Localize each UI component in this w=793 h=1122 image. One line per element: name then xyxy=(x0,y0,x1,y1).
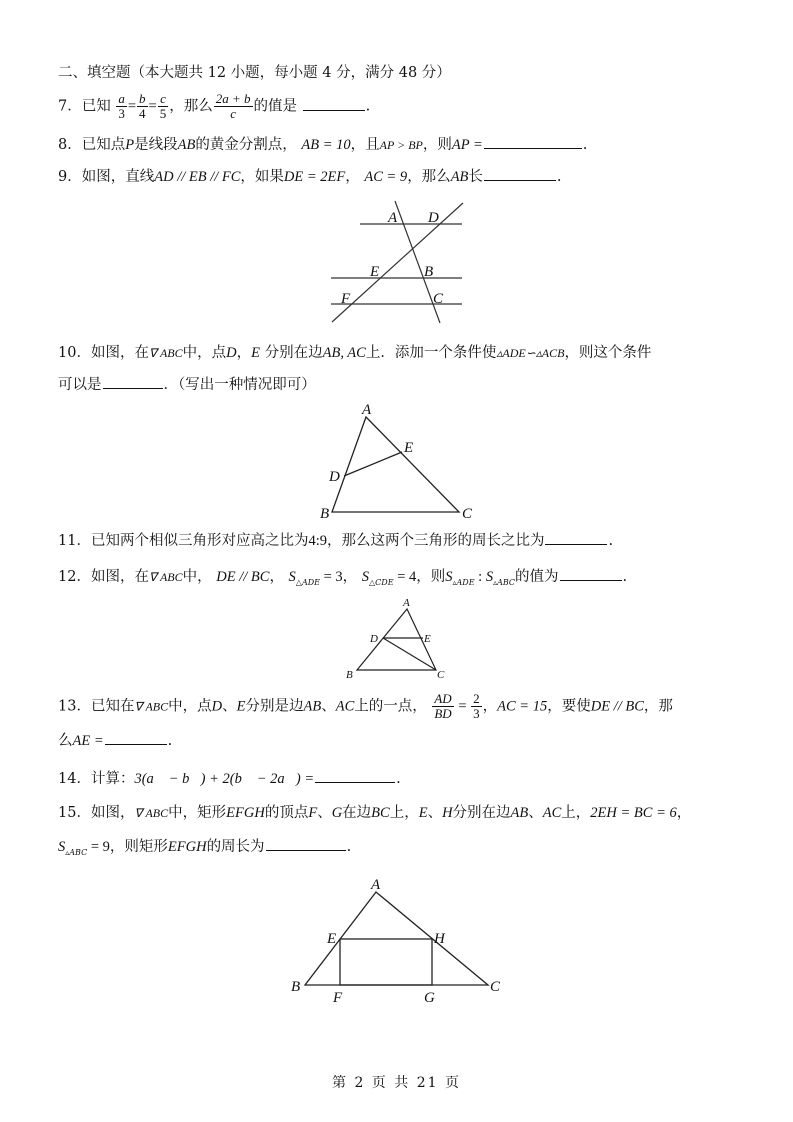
q12-area-symbol: S xyxy=(362,569,369,585)
page-footer: 第 2 页 共 21 页 xyxy=(0,1072,793,1092)
page-number: 第 2 页 共 21 页 xyxy=(332,1075,461,1091)
q15-point: H xyxy=(442,805,452,821)
label-E: E xyxy=(423,633,431,645)
q13-point: D xyxy=(212,699,222,715)
q12-text: ， xyxy=(343,569,358,585)
q15-text: 的顶点 xyxy=(265,805,309,821)
frac-num: a xyxy=(116,92,127,107)
label-C: C xyxy=(490,979,501,995)
q14-expression: 3(a⃗ − b⃗) + 2(b⃗ − 2a⃗) = xyxy=(134,771,314,787)
q15-rect: EFGH xyxy=(168,839,207,855)
q15-triangle-rectangle-figure: A E H B F G C xyxy=(280,870,510,1010)
label-E: E xyxy=(326,931,336,947)
q13-text: 上的一点， xyxy=(354,699,427,715)
q13-text: 、 xyxy=(321,699,336,715)
label-B: B xyxy=(291,979,300,995)
label-C: C xyxy=(437,669,445,680)
q8-cond: AB = 10 xyxy=(301,137,350,153)
q15-text: 、 xyxy=(317,805,332,821)
q10-text: ， xyxy=(237,345,252,361)
q10-answer-blank[interactable] xyxy=(103,374,163,389)
q12-text: ， xyxy=(269,569,284,585)
q14-number: 14． xyxy=(58,771,91,787)
label-G: G xyxy=(424,990,435,1006)
q13-text: 么 xyxy=(58,733,73,749)
q13-text: 、 xyxy=(222,699,237,715)
label-A: A xyxy=(370,877,381,893)
q7-frac-b: b4 xyxy=(137,92,148,121)
q15-text: ， xyxy=(677,805,692,821)
q13-eq: = xyxy=(455,699,470,715)
q15-point: F xyxy=(308,805,317,821)
q15-text: 上， xyxy=(390,805,419,821)
q10-triangle: ∇ ABC xyxy=(149,346,183,360)
q8-number: 8． xyxy=(58,137,82,153)
q13-value-frac: 23 xyxy=(471,692,482,721)
label-E: E xyxy=(369,264,379,280)
q15-side: AC xyxy=(543,805,562,821)
q13-text: 中，点 xyxy=(168,699,212,715)
q15-text: 、 xyxy=(528,805,543,821)
q12-text: 如图，在 xyxy=(91,569,149,585)
q8-ask: AP = xyxy=(452,137,483,153)
q12-area-val: = 3 xyxy=(320,569,343,585)
q15-point: G xyxy=(332,805,342,821)
q8-segment: AB xyxy=(178,137,196,153)
q8-text: 已知点 xyxy=(82,137,126,153)
q9-text: 长 xyxy=(468,169,483,185)
q9-text: ，如果 xyxy=(240,169,284,185)
q15-cond: 2EH = BC = 6 xyxy=(590,805,676,821)
label-C: C xyxy=(433,291,444,307)
q14-text: 计算： xyxy=(91,771,135,787)
label-B: B xyxy=(346,669,353,680)
q12-parallel: DE // BC xyxy=(216,569,269,585)
label-F: F xyxy=(332,990,343,1006)
label-B: B xyxy=(424,264,433,280)
q15-triangle: ∇ ABC xyxy=(134,806,168,820)
q8-point: P xyxy=(125,137,134,153)
q15-side: AB xyxy=(511,805,529,821)
frac-den: 3 xyxy=(116,107,127,121)
q13-text: 分别是边 xyxy=(246,699,304,715)
question-8: 8．已知点P是线段AB的黄金分割点， AB = 10，且AP > BP，则AP … xyxy=(58,134,587,156)
frac-num: b xyxy=(137,92,148,107)
question-9: 9．如图，直线AD // EB // FC，如果DE = 2EF， AC = 9… xyxy=(58,166,562,188)
question-15-line2: S▵ABC = 9，则矩形EFGH的周长为. xyxy=(58,836,351,864)
q15-side: BC xyxy=(371,805,390,821)
q15-text: 、 xyxy=(428,805,443,821)
q7-frac-a: a3 xyxy=(116,92,127,121)
frac-den: c xyxy=(214,107,253,121)
question-10-line2: 可以是．（写出一种情况即可） xyxy=(58,374,316,396)
q11-answer-blank[interactable] xyxy=(545,530,607,545)
label-B: B xyxy=(320,506,329,520)
q12-number: 12． xyxy=(58,569,91,585)
q13-number: 13． xyxy=(58,699,91,715)
q12-triangle-figure: A D E B C xyxy=(335,590,455,680)
q15-text: 中，矩形 xyxy=(168,805,226,821)
q8-text: 的黄金分割点， xyxy=(195,137,297,153)
frac-num: c xyxy=(158,92,169,107)
q8-text: ，则 xyxy=(423,137,452,153)
q9-text: 如图，直线 xyxy=(82,169,155,185)
q13-triangle: ∇ ABC xyxy=(134,700,168,714)
q12-triangle: ∇ ABC xyxy=(149,570,183,584)
q13-text: 已知在 xyxy=(91,699,135,715)
frac-num: 2a + b xyxy=(214,92,253,107)
q12-colon: : xyxy=(475,569,486,585)
q12-text: 的值为 xyxy=(515,569,559,585)
q13-answer-blank[interactable] xyxy=(105,730,167,745)
q9-cond: AC = 9 xyxy=(364,169,407,185)
q15-number: 15． xyxy=(58,805,91,821)
q10-text: 上．添加一个条件使 xyxy=(366,345,497,361)
q13-point: E xyxy=(237,699,246,715)
q12-area-sub: △CDE xyxy=(369,578,394,587)
q12-text: ，则 xyxy=(416,569,445,585)
q10-text: 可以是 xyxy=(58,377,102,393)
q7-prefix: 已知 xyxy=(82,99,111,115)
q12-area-symbol: S xyxy=(289,569,296,585)
q10-text: ．（写出一种情况即可） xyxy=(164,377,316,393)
q7-answer-blank[interactable] xyxy=(303,96,365,111)
q10-text: 中，点 xyxy=(183,345,227,361)
label-H: H xyxy=(433,931,446,947)
question-7: 7．已知 a3=b4=c5，那么2a + bc的值是 . xyxy=(58,92,370,121)
q13-cond: AC = 15 xyxy=(497,699,547,715)
q11-text: 已知两个相似三角形对应高之比为 xyxy=(91,533,309,549)
label-D: D xyxy=(369,633,378,645)
label-C: C xyxy=(462,506,473,520)
q15-text: 分别在边 xyxy=(453,805,511,821)
question-14: 14．计算：3(a⃗ − b⃗) + 2(b⃗ − 2a⃗) =. xyxy=(58,768,401,790)
q13-text: ，那 xyxy=(644,699,673,715)
q12-area-symbol: S xyxy=(486,569,493,585)
q12-area-sub: △ADE xyxy=(296,578,320,587)
q10-text: 分别在边 xyxy=(265,345,323,361)
q9-ask: AB xyxy=(451,169,469,185)
q15-text: ，则矩形 xyxy=(110,839,168,855)
q11-ratio: 4:9 xyxy=(308,533,327,549)
q12-answer-blank[interactable] xyxy=(560,566,622,581)
frac-den: BD xyxy=(432,707,453,721)
q10-triangle-figure: A E D B C xyxy=(320,395,480,520)
q15-area-val: = 9 xyxy=(87,839,110,855)
q7-suffix: 的值是 xyxy=(254,99,298,115)
q7-frac-c: c5 xyxy=(158,92,169,121)
q15-text: 在边 xyxy=(342,805,371,821)
q15-text: 上， xyxy=(561,805,590,821)
question-11: 11．已知两个相似三角形对应高之比为4:9，那么这两个三角形的周长之比为. xyxy=(58,530,613,552)
q10-similarity: ▵ADE∽▵ACB xyxy=(496,346,564,360)
q8-answer-blank[interactable] xyxy=(484,134,582,149)
q7-number: 7． xyxy=(58,99,82,115)
q9-answer-blank[interactable] xyxy=(484,166,556,181)
q9-parallel-lines-figure: A D E B F C xyxy=(320,195,480,330)
label-F: F xyxy=(340,291,351,307)
q11-number: 11． xyxy=(58,533,91,549)
label-A: A xyxy=(387,210,398,226)
q9-number: 9． xyxy=(58,169,82,185)
label-A: A xyxy=(402,597,410,609)
q15-text: 的周长为 xyxy=(207,839,265,855)
q12-area-symbol: S xyxy=(445,569,452,585)
section-title: 二、填空题（本大题共 12 小题，每小题 4 分，满分 48 分） xyxy=(58,62,451,84)
q14-answer-blank[interactable] xyxy=(315,768,395,783)
q12-text: 中， xyxy=(183,569,212,585)
q8-text: ，且 xyxy=(351,137,380,153)
q10-number: 10． xyxy=(58,345,91,361)
q10-text: ，则这个条件 xyxy=(564,345,651,361)
q7-expr: 2a + bc xyxy=(214,92,253,121)
q15-point: E xyxy=(419,805,428,821)
q13-side: AB xyxy=(304,699,322,715)
q12-area-sub: ▵ADE xyxy=(453,578,475,587)
q12-area-val: = 4 xyxy=(394,569,417,585)
label-D: D xyxy=(328,469,340,485)
section-title-text: 二、填空题（本大题共 12 小题，每小题 4 分，满分 48 分） xyxy=(58,65,451,81)
q13-ratio-frac: ADBD xyxy=(432,692,453,721)
q9-text: ， xyxy=(345,169,360,185)
frac-num: AD xyxy=(432,692,453,707)
question-13: 13．已知在∇ ABC中，点D、E分别是边AB、AC上的一点， ADBD = 2… xyxy=(58,692,673,721)
q15-rect: EFGH xyxy=(226,805,265,821)
question-15: 15．如图，∇ ABC中，矩形EFGH的顶点F、G在边BC上，E、H分别在边AB… xyxy=(58,802,691,824)
q10-text: 如图，在 xyxy=(91,345,149,361)
q15-area-sub: ▵ABC xyxy=(65,848,87,857)
q11-text: ，那么这两个三角形的周长之比为 xyxy=(327,533,545,549)
q10-point: D xyxy=(226,345,236,361)
q13-side: AC xyxy=(336,699,355,715)
q9-cond: DE = 2EF xyxy=(284,169,345,185)
q13-text: ， xyxy=(483,699,498,715)
q10-sides: AB, AC xyxy=(323,345,366,361)
q15-answer-blank[interactable] xyxy=(266,836,346,851)
q13-text: ，要使 xyxy=(547,699,591,715)
q7-mid: ，那么 xyxy=(169,99,213,115)
frac-den: 3 xyxy=(471,707,482,721)
frac-den: 5 xyxy=(158,107,169,121)
question-13-line2: 么AE =. xyxy=(58,730,172,752)
q9-parallel: AD // EB // FC xyxy=(154,169,240,185)
label-A: A xyxy=(361,402,372,418)
q12-area-sub: ▵ABC xyxy=(493,578,515,587)
label-E: E xyxy=(403,440,413,456)
label-D: D xyxy=(427,210,439,226)
frac-den: 4 xyxy=(137,107,148,121)
frac-num: 2 xyxy=(471,692,482,707)
q10-point: E xyxy=(251,345,260,361)
q13-ask: AE = xyxy=(73,733,104,749)
q13-parallel: DE // BC xyxy=(591,699,644,715)
question-10: 10．如图，在∇ ABC中，点D，E 分别在边AB, AC上．添加一个条件使▵A… xyxy=(58,342,651,364)
q9-text: ，那么 xyxy=(407,169,451,185)
q8-text: 是线段 xyxy=(134,137,178,153)
q8-cond: AP > BP xyxy=(380,138,423,152)
q15-text: 如图， xyxy=(91,805,135,821)
